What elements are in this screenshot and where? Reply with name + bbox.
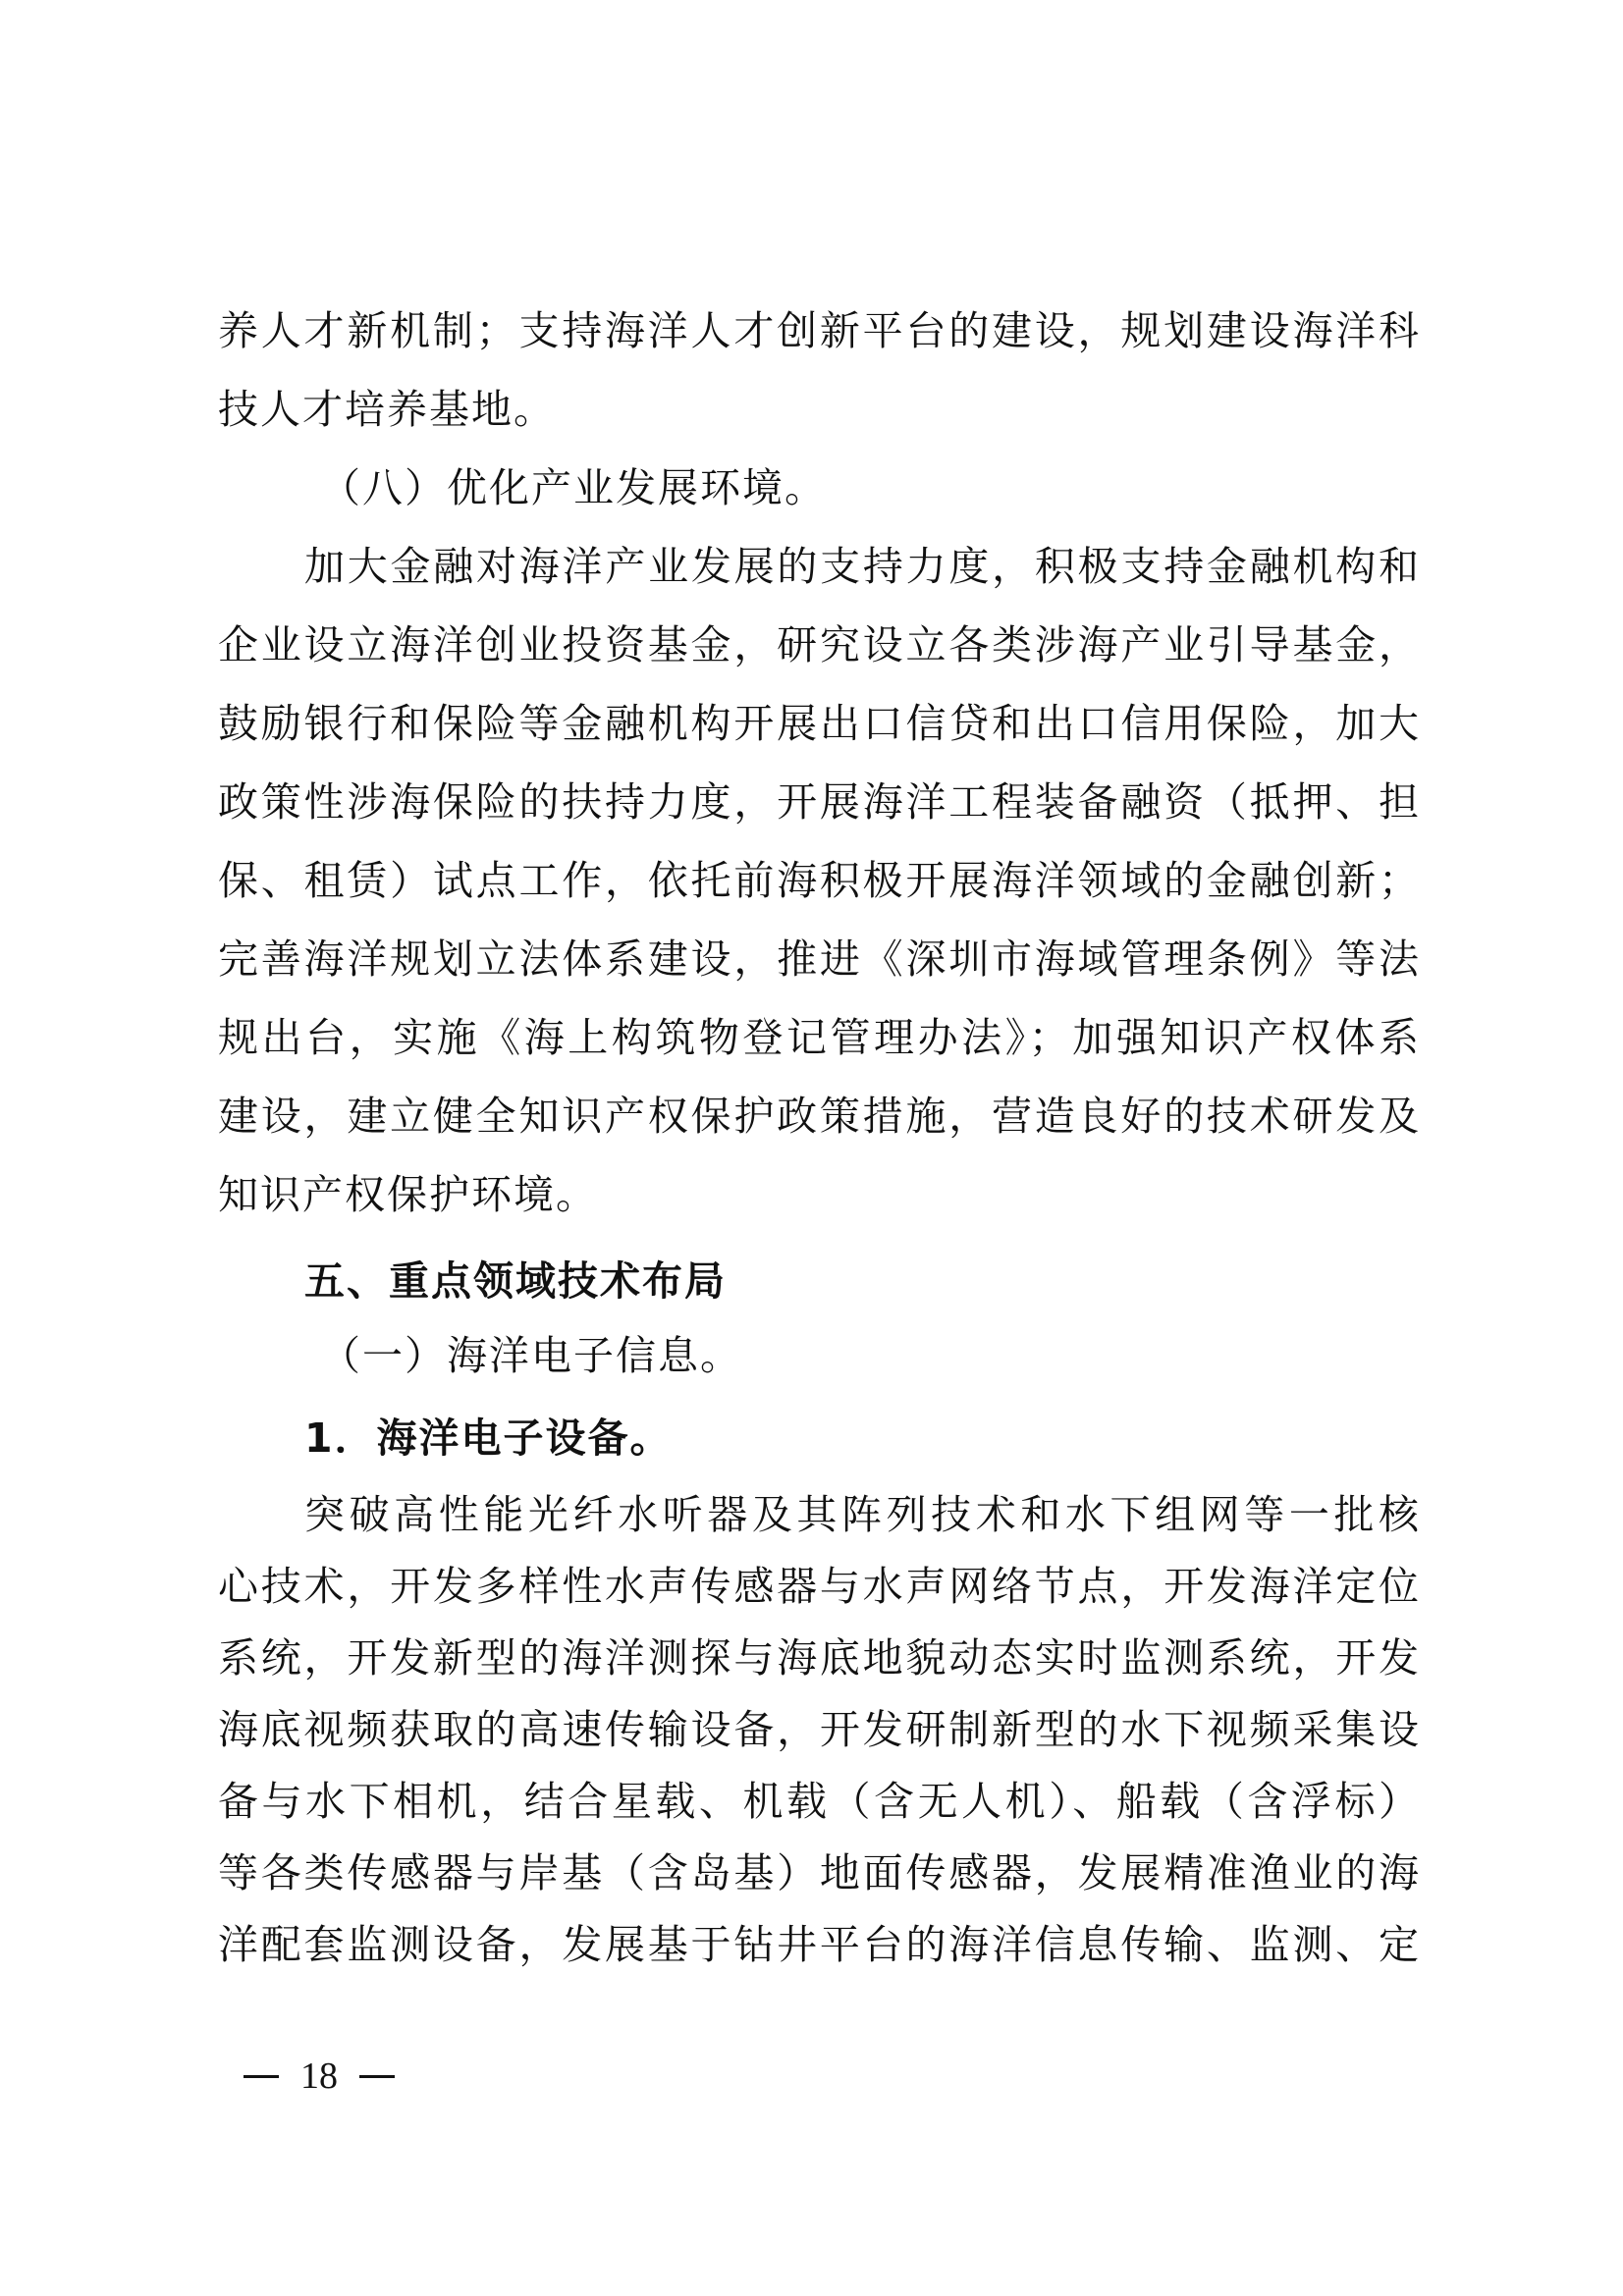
paragraph-line: 完善海洋规划立法体系建设，推进《深圳市海域管理条例》等法	[218, 934, 1419, 984]
page-number: 18	[243, 2052, 395, 2101]
item-heading: 1．海洋电子设备。	[304, 1414, 1419, 1463]
paragraph-line: 备与水下相机，结合星载、机载（含无人机）、船载（含浮标）	[218, 1777, 1419, 1826]
dash-left	[243, 2075, 279, 2078]
paragraph-line: 系统，开发新型的海洋测探与海底地貌动态实时监测系统，开发	[218, 1633, 1419, 1682]
paragraph-line: 突破高性能光纤水听器及其阵列技术和水下组网等一批核	[304, 1490, 1419, 1539]
paragraph-line: 加大金融对海洋产业发展的支持力度，积极支持金融机构和	[304, 542, 1419, 591]
paragraph-line: 等各类传感器与岸基（含岛基）地面传感器，发展精准渔业的海	[218, 1848, 1419, 1897]
section-heading: 五、重点领域技术布局	[304, 1256, 1419, 1306]
paragraph-line: 保、租赁）试点工作，依托前海积极开展海洋领域的金融创新；	[218, 856, 1419, 905]
paragraph-line: 知识产权保护环境。	[218, 1170, 1419, 1219]
paragraph-line: 养人才新机制；支持海洋人才创新平台的建设，规划建设海洋科	[218, 306, 1419, 355]
paragraph-line: 海底视频获取的高速传输设备，开发研制新型的水下视频采集设	[218, 1705, 1419, 1754]
page-number-value: 18	[300, 2052, 338, 2101]
dash-right	[359, 2075, 395, 2078]
paragraph-line: 企业设立海洋创业投资基金，研究设立各类涉海产业引导基金，	[218, 620, 1419, 669]
section-subheading: （一）海洋电子信息。	[320, 1331, 1521, 1380]
paragraph-line: 心技术，开发多样性水声传感器与水声网络节点，开发海洋定位	[218, 1562, 1419, 1611]
document-page: 养人才新机制；支持海洋人才创新平台的建设，规划建设海洋科 技人才培养基地。 （八…	[0, 0, 1623, 2296]
section-subheading: （八）优化产业发展环境。	[320, 463, 1521, 512]
paragraph-line: 鼓励银行和保险等金融机构开展出口信贷和出口信用保险，加大	[218, 699, 1419, 748]
paragraph-line: 建设，建立健全知识产权保护政策措施，营造良好的技术研发及	[218, 1092, 1419, 1141]
paragraph-line: 规出台，实施《海上构筑物登记管理办法》；加强知识产权体系	[218, 1013, 1419, 1062]
paragraph-line: 洋配套监测设备，发展基于钻井平台的海洋信息传输、监测、定	[218, 1920, 1419, 1969]
paragraph-line: 技人才培养基地。	[218, 385, 1419, 434]
paragraph-line: 政策性涉海保险的扶持力度，开展海洋工程装备融资（抵押、担	[218, 777, 1419, 827]
